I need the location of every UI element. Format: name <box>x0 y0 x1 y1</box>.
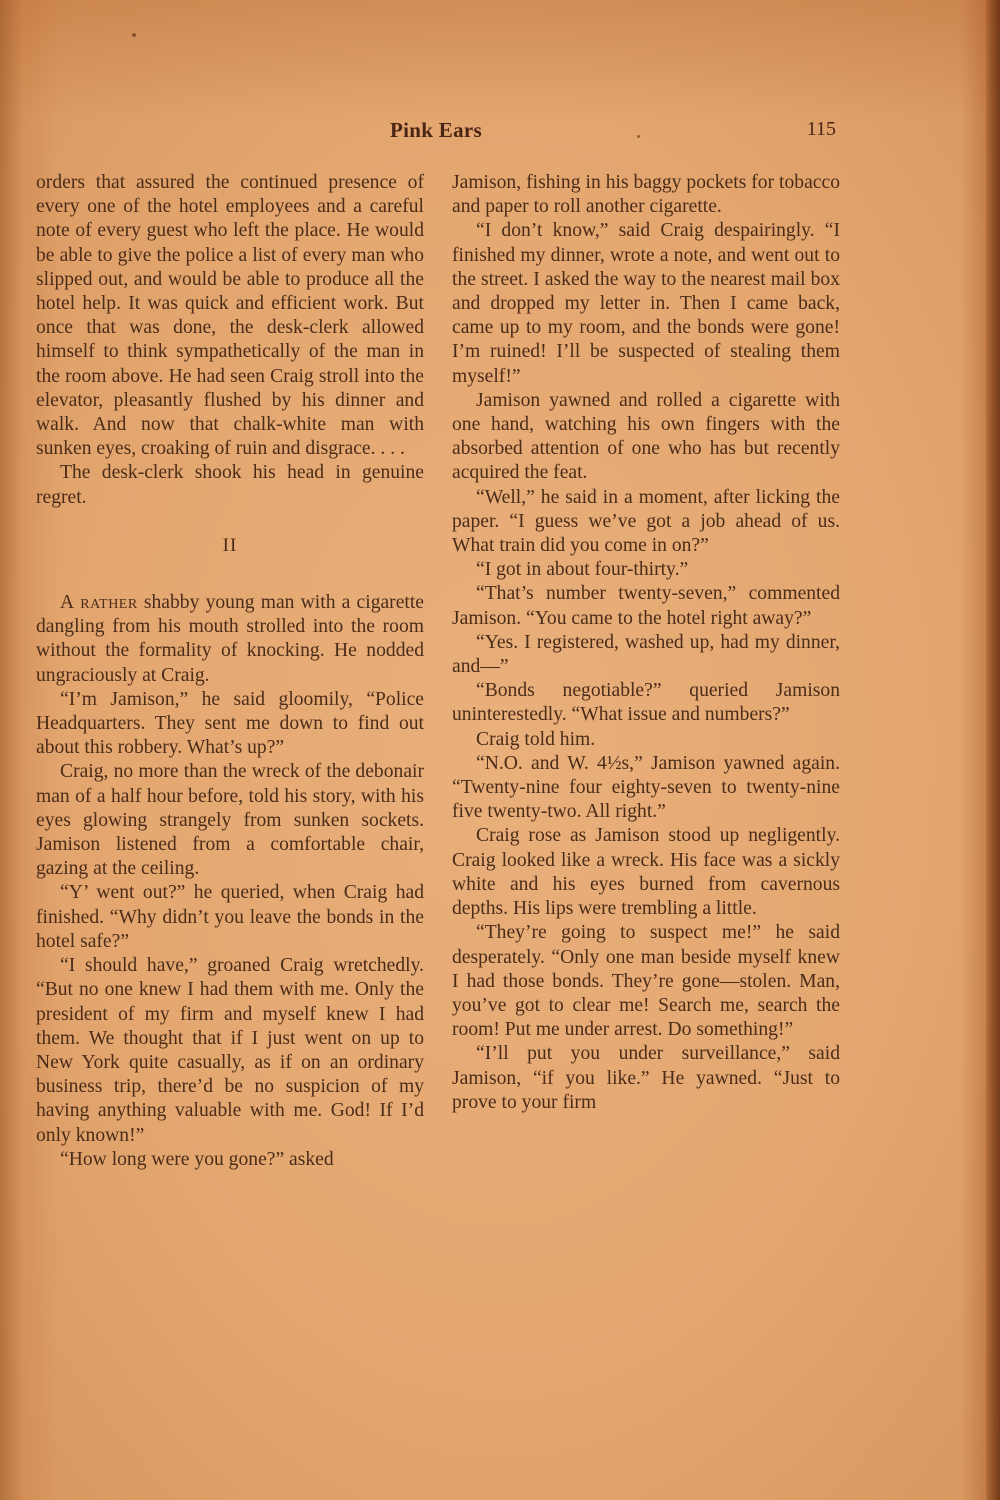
paragraph: Craig, no more than the wreck of the deb… <box>36 760 424 881</box>
paragraph: Craig told him. <box>452 728 840 752</box>
paragraph: “Well,” he said in a moment, after licki… <box>452 486 840 559</box>
paragraph: “Yes. I registered, washed up, had my di… <box>452 631 840 679</box>
paragraph: “I should have,” groaned Craig wretchedl… <box>36 954 424 1148</box>
paragraph: “N.O. and W. 4½s,” Jamison yawned again.… <box>452 752 840 825</box>
section-heading: II <box>36 534 424 558</box>
book-page: Pink Ears 115 orders that assured the co… <box>0 0 1000 1500</box>
paragraph: “I’ll put you under surveillance,” said … <box>452 1042 840 1115</box>
right-column: Jamison, fishing in his baggy pockets fo… <box>452 171 840 1115</box>
paragraph: “I got in about four-thirty.” <box>452 558 840 582</box>
page-edge-shadow <box>986 0 1000 1500</box>
left-column: orders that assured the continued presen… <box>36 171 424 1172</box>
paragraph: orders that assured the continued presen… <box>36 171 424 461</box>
running-title: Pink Ears <box>36 118 836 143</box>
paragraph: Craig rose as Jamison stood up negligent… <box>452 824 840 921</box>
section-opening-paragraph: A rather shabby young man with a cigaret… <box>36 591 424 688</box>
paragraph: “They’re going to suspect me!” he said d… <box>452 921 840 1042</box>
paragraph: “Y’ went out?” he queried, when Craig ha… <box>36 881 424 954</box>
paragraph: Jamison yawned and rolled a cigarette wi… <box>452 389 840 486</box>
paragraph: “I don’t know,” said Craig despairingly.… <box>452 219 840 388</box>
paragraph: Jamison, fishing in his baggy pockets fo… <box>452 171 840 219</box>
paragraph: “That’s number twenty-seven,” commented … <box>452 582 840 630</box>
page-number: 115 <box>807 118 836 141</box>
running-head: Pink Ears 115 <box>36 118 836 148</box>
paragraph: “How long were you gone?” asked <box>36 1148 424 1172</box>
paragraph: “I’m Jamison,” he said gloomily, “Police… <box>36 688 424 761</box>
paper-blemish <box>132 33 136 37</box>
small-caps-lead: A rather <box>60 592 138 613</box>
paragraph: “Bonds negotiable?” queried Jamison unin… <box>452 679 840 727</box>
paragraph: The desk-clerk shook his head in genuine… <box>36 461 424 509</box>
